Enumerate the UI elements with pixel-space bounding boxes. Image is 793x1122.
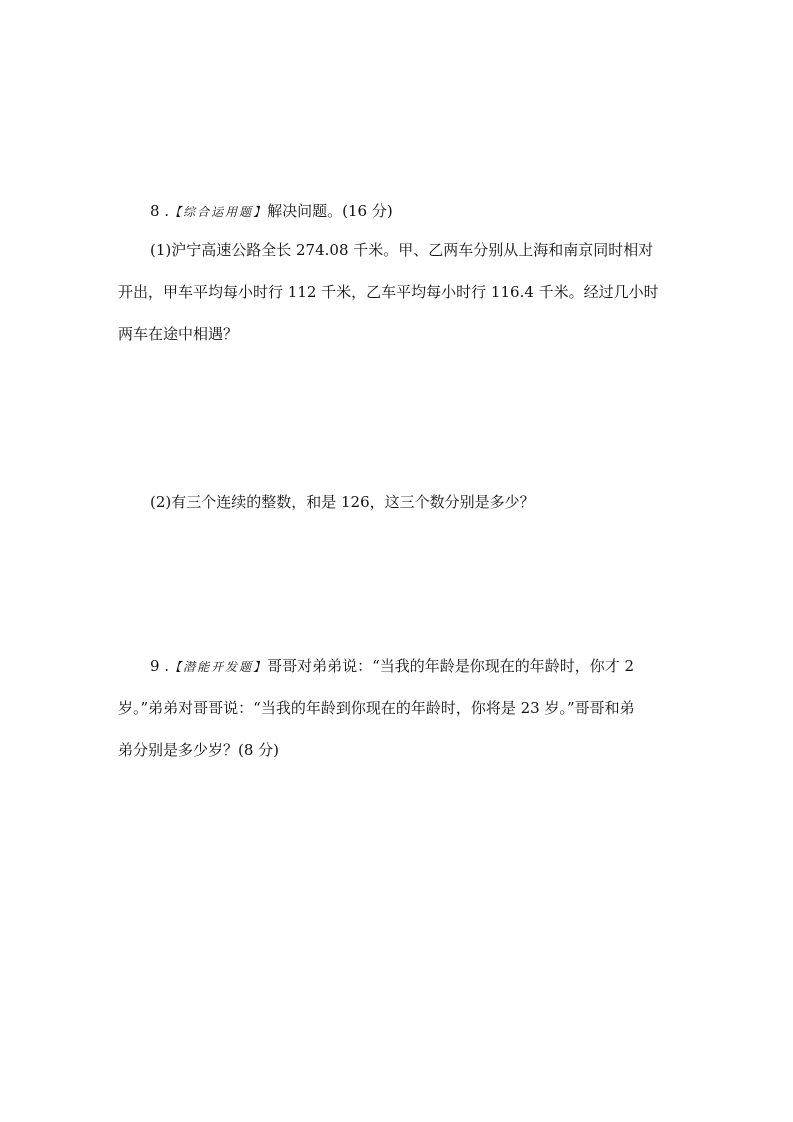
question-9-line-1: 9 .【潜能开发题】哥哥对弟弟说：“当我的年龄是你现在的年龄时，你才 2 [150,656,634,677]
question-8-part-1-line-3: 两车在途中相遇？ [118,324,238,344]
question-9-line-2: 岁。”弟弟对哥哥说：“当我的年龄到你现在的年龄时，你将是 23 岁。”哥哥和弟 [118,698,635,718]
question-number: 8 . [150,202,169,220]
question-8-part-1-line-1: (1)沪宁高速公路全长 274.08 千米。甲、乙两车分别从上海和南京同时相对 [150,240,653,260]
question-number: 9 . [150,657,169,675]
question-9-line-3: 弟分别是多少岁？(8 分) [118,740,279,760]
question-tag: 【潜能开发题】 [169,660,267,674]
question-text: 哥哥对弟弟说：“当我的年龄是你现在的年龄时，你才 2 [267,657,634,675]
question-8-part-1-line-2: 开出，甲车平均每小时行 112 千米，乙车平均每小时行 116.4 千米。经过几… [118,282,659,302]
question-title: 解决问题。(16 分) [267,202,393,220]
question-8-part-2-line-1: (2)有三个连续的整数，和是 126，这三个数分别是多少？ [150,492,535,512]
question-tag: 【综合运用题】 [169,205,267,219]
question-8-heading: 8 .【综合运用题】解决问题。(16 分) [150,201,393,222]
